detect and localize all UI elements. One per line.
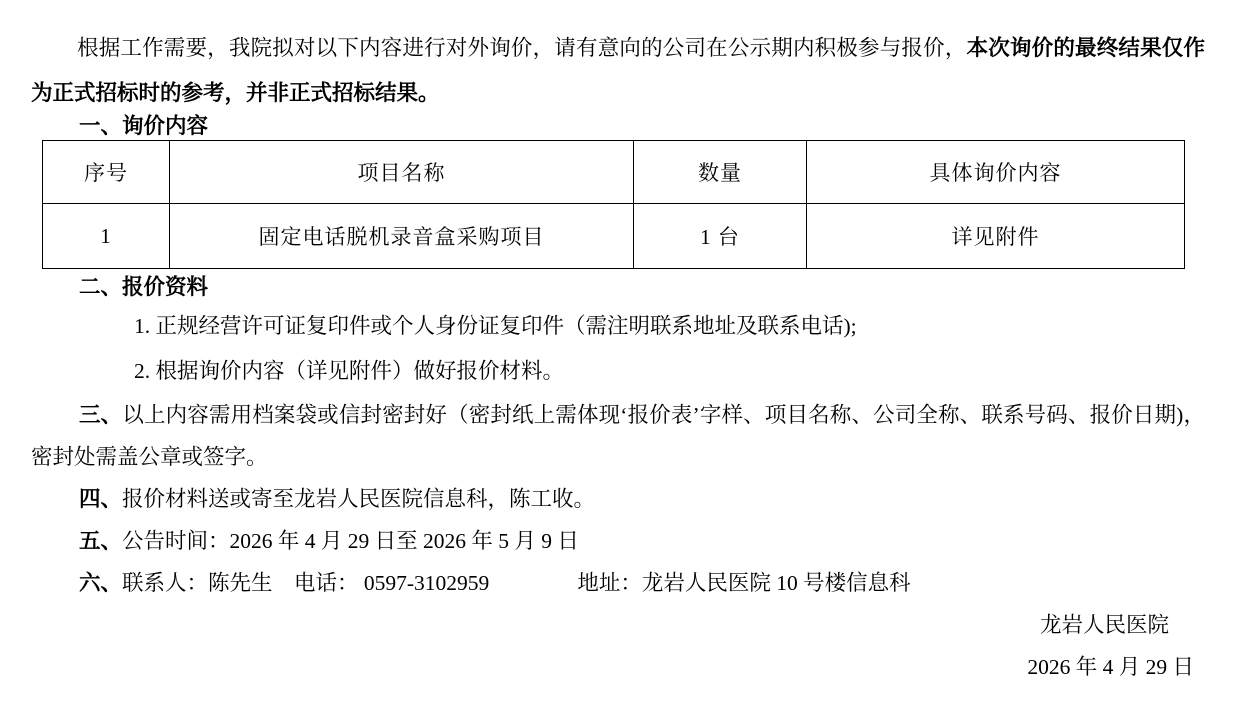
intro-regular-text: 根据工作需要，我院拟对以下内容进行对外询价，请有意向的公司在公示期内积极参与报价… [77,36,967,60]
table-header-project-name: 项目名称 [170,141,634,204]
cell-project-name: 固定电话脱机录音盒采购项目 [170,204,634,269]
section-six-number: 六、 [79,571,122,595]
table-header-seq: 序号 [43,141,170,204]
cell-seq: 1 [43,204,170,269]
section-five-number: 五、 [79,529,122,553]
table-row: 1 固定电话脱机录音盒采购项目 1 台 详见附件 [43,204,1185,269]
signature-block: 龙岩人民医院 2026 年 4 月 29 日 [31,604,1205,688]
cell-quantity: 1 台 [634,204,807,269]
section-two-heading: 二、报价资料 [79,275,1205,300]
section-six-contact: 联系人：陈先生 电话： 0597-3102959 [122,571,489,595]
section-four-line: 四、报价材料送或寄至龙岩人民医院信息科，陈工收。 [79,478,1205,520]
section-five-text: 公告时间：2026 年 4 月 29 日至 2026 年 5 月 9 日 [122,529,579,553]
table-header-quantity: 数量 [634,141,807,204]
section-six-line: 六、联系人：陈先生 电话： 0597-3102959地址：龙岩人民医院 10 号… [79,562,1205,604]
section-five-line: 五、公告时间：2026 年 4 月 29 日至 2026 年 5 月 9 日 [79,520,1205,562]
section-three-number: 三、 [79,403,122,427]
section-four-text: 报价材料送或寄至龙岩人民医院信息科，陈工收。 [122,487,595,511]
section-three-text: 以上内容需用档案袋或信封密封好（密封纸上需体现‘报价表’字样、项目名称、公司全称… [31,403,1205,469]
signature-organization: 龙岩人民医院 [31,604,1205,646]
signature-date: 2026 年 4 月 29 日 [31,646,1205,688]
section-three-paragraph: 三、以上内容需用档案袋或信封密封好（密封纸上需体现‘报价表’字样、项目名称、公司… [31,394,1205,478]
table-header-row: 序号 项目名称 数量 具体询价内容 [43,141,1185,204]
inquiry-table: 序号 项目名称 数量 具体询价内容 1 固定电话脱机录音盒采购项目 1 台 详见… [42,140,1185,269]
section-six-address: 地址：龙岩人民医院 10 号楼信息科 [577,571,910,595]
cell-details: 详见附件 [807,204,1185,269]
inquiry-notice-document: 根据工作需要，我院拟对以下内容进行对外询价，请有意向的公司在公示期内积极参与报价… [0,0,1235,688]
intro-paragraph: 根据工作需要，我院拟对以下内容进行对外询价，请有意向的公司在公示期内积极参与报价… [31,26,1205,116]
section-two-item-2: 2. 根据询价内容（详见附件）做好报价材料。 [134,349,1205,394]
section-one-heading: 一、询价内容 [79,114,1205,138]
section-two-item-1: 1. 正规经营许可证复印件或个人身份证复印件（需注明联系地址及联系电话); [134,304,1205,349]
table-header-details: 具体询价内容 [807,141,1185,204]
section-four-number: 四、 [79,487,122,511]
